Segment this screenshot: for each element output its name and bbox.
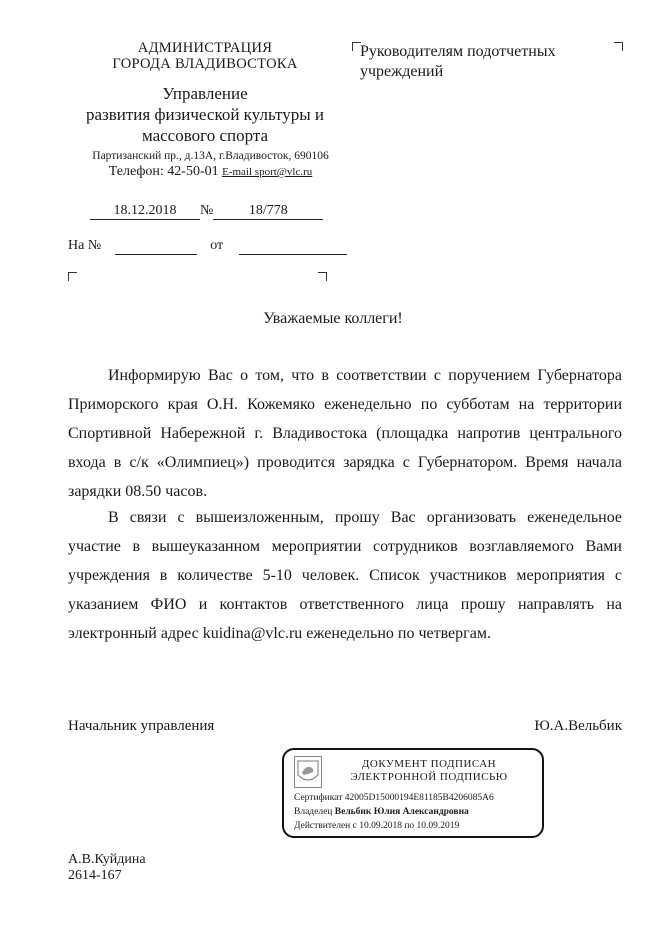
signer-name: Ю.А.Вельбик: [534, 718, 622, 735]
doc-number: 18/778: [213, 203, 323, 220]
corner-mark: [318, 272, 327, 281]
ref-number-blank: [115, 238, 197, 255]
body-paragraph-2: В связи с вышеизложенным, прошу Вас орга…: [68, 503, 622, 648]
validity: Действителен с 10.09.2018 по 10.09.2019: [294, 821, 459, 831]
email-link[interactable]: E-mail sport@vlc.ru: [222, 166, 312, 178]
dept-name: Управление развития физической культуры …: [70, 83, 340, 146]
phone: Телефон: 42-50-01: [109, 164, 219, 179]
stamp-title: ДОКУМЕНТ ПОДПИСАН ЭЛЕКТРОННОЙ ПОДПИСЬЮ: [324, 758, 534, 784]
certificate: Сертификат 42005D15000194E81185B4206085A…: [294, 793, 494, 803]
executor: А.В.Куйдина 2614-167: [68, 852, 146, 884]
e-signature-stamp: ДОКУМЕНТ ПОДПИСАН ЭЛЕКТРОННОЙ ПОДПИСЬЮ С…: [282, 748, 544, 838]
city-coat-of-arms-icon: [294, 756, 322, 788]
corner-mark: [614, 42, 623, 51]
registration-line: 18.12.2018№18/778: [90, 203, 323, 220]
org-address: Партизанский пр., д.13А, г.Владивосток, …: [68, 150, 353, 162]
owner: Владелец Вельбик Юлия Александровна: [294, 807, 469, 817]
doc-date: 18.12.2018: [90, 203, 200, 220]
greeting: Уважаемые коллеги!: [0, 310, 666, 328]
reference-line: На № от: [68, 238, 347, 255]
org-name: АДМИНИСТРАЦИЯ ГОРОДА ВЛАДИВОСТОКА: [80, 40, 330, 72]
org-contacts: Телефон: 42-50-01 E-mail sport@vlc.ru: [68, 164, 353, 180]
body-paragraph-1: Информирую Вас о том, что в соответствии…: [68, 361, 622, 506]
ref-date-blank: [239, 238, 347, 255]
corner-mark: [68, 272, 77, 281]
addressee: Руководителям подотчетных учреждений: [360, 42, 590, 82]
signer-position: Начальник управления: [68, 718, 214, 735]
